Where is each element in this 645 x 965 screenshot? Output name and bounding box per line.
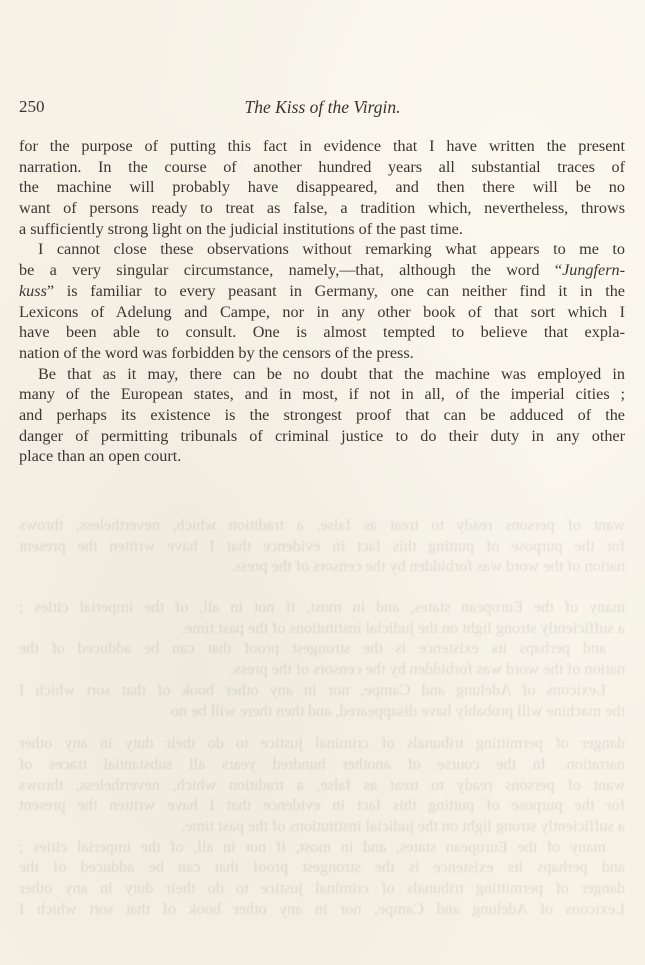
text-line: a sufficiently strong light on the judic…: [19, 219, 625, 240]
bleed-line: many of the European states, and in most…: [19, 838, 606, 856]
line-text: many of the European states, and in most…: [19, 385, 625, 403]
running-title: The Kiss of the Virgin.: [19, 97, 626, 118]
bleed-line: a sufficiently strong light on the judic…: [181, 817, 625, 835]
line-text: nation of the word was forbidden by the …: [19, 344, 414, 362]
line-text: be a very singular circumstance, namely,…: [19, 261, 562, 279]
bleed-line: for the purpose of putting this fact in …: [19, 537, 625, 555]
bleed-line: Lexicons of Adelung and Campe, nor in an…: [19, 900, 625, 918]
text-line: narration. In the course of another hund…: [19, 157, 625, 178]
line-text: and perhaps its existence is the stronge…: [19, 406, 625, 424]
line-text: Lexicons of Adelung and Campe, nor in an…: [19, 303, 625, 321]
bleed-line: a sufficiently strong light on the judic…: [181, 619, 625, 637]
text-line: I cannot close these observations withou…: [19, 239, 625, 260]
line-text: Be that as it may, there can be no doubt…: [38, 365, 625, 383]
text-line: danger of permitting tribunals of crimin…: [19, 426, 625, 447]
line-text: narration. In the course of another hund…: [19, 158, 625, 176]
text-line: the machine will probably have disappear…: [19, 177, 625, 198]
line-text: for the purpose of putting this fact in …: [19, 137, 625, 155]
line-text: a sufficiently strong light on the judic…: [19, 220, 463, 238]
text-line: have been able to consult. One is almost…: [19, 322, 625, 343]
bleed-line: danger of permitting tribunals of crimin…: [19, 734, 625, 752]
bleed-line: and perhaps its existence is the stronge…: [19, 639, 606, 657]
text-line: place than an open court.: [19, 446, 625, 467]
bleed-line: want of persons ready to treat as false,…: [19, 776, 625, 794]
text-line: nation of the word was forbidden by the …: [19, 343, 625, 364]
bleed-line: nation of the word was forbidden by the …: [230, 557, 625, 575]
line-text: place than an open court.: [19, 447, 181, 465]
body-text: for the purpose of putting this fact in …: [19, 136, 625, 467]
text-line: for the purpose of putting this fact in …: [19, 136, 625, 157]
text-line: kuss” is familiar to every peasant in Ge…: [19, 281, 625, 302]
line-text: ” is familiar to every peasant in German…: [47, 282, 625, 300]
bleed-line: for the purpose of putting this fact in …: [19, 796, 625, 814]
bleed-line: danger of permitting tribunals of crimin…: [19, 879, 625, 897]
text-line: Lexicons of Adelung and Campe, nor in an…: [19, 302, 625, 323]
text-line: Be that as it may, there can be no doubt…: [19, 364, 625, 385]
line-text: want of persons ready to treat as false,…: [19, 199, 625, 217]
text-line: many of the European states, and in most…: [19, 384, 625, 405]
text-line: and perhaps its existence is the stronge…: [19, 405, 625, 426]
line-text: the machine will probably have disappear…: [19, 178, 625, 196]
bleed-line: the machine will probably have disappear…: [171, 702, 625, 720]
line-text: have been able to consult. One is almost…: [19, 323, 625, 341]
bleed-line: want of persons ready to treat as false,…: [19, 516, 625, 534]
running-head: 250 The Kiss of the Virgin.: [19, 97, 626, 121]
italic-term: kuss: [19, 282, 47, 300]
bleed-line: Lexicons of Adelung and Campe, nor in an…: [19, 681, 606, 699]
show-through-text: want of persons ready to treat as false,…: [19, 515, 625, 919]
text-line: be a very singular circumstance, namely,…: [19, 260, 625, 281]
bleed-line: and perhaps its existence is the stronge…: [19, 858, 625, 876]
line-text: I cannot close these observations withou…: [38, 240, 625, 258]
italic-term: Jungfern-: [562, 261, 625, 279]
text-line: want of persons ready to treat as false,…: [19, 198, 625, 219]
bleed-line: narration. In the course of another hund…: [19, 755, 625, 773]
bleed-line: many of the European states, and in most…: [19, 598, 625, 616]
line-text: danger of permitting tribunals of crimin…: [19, 427, 625, 445]
bleed-line: nation of the word was forbidden by the …: [230, 660, 625, 678]
